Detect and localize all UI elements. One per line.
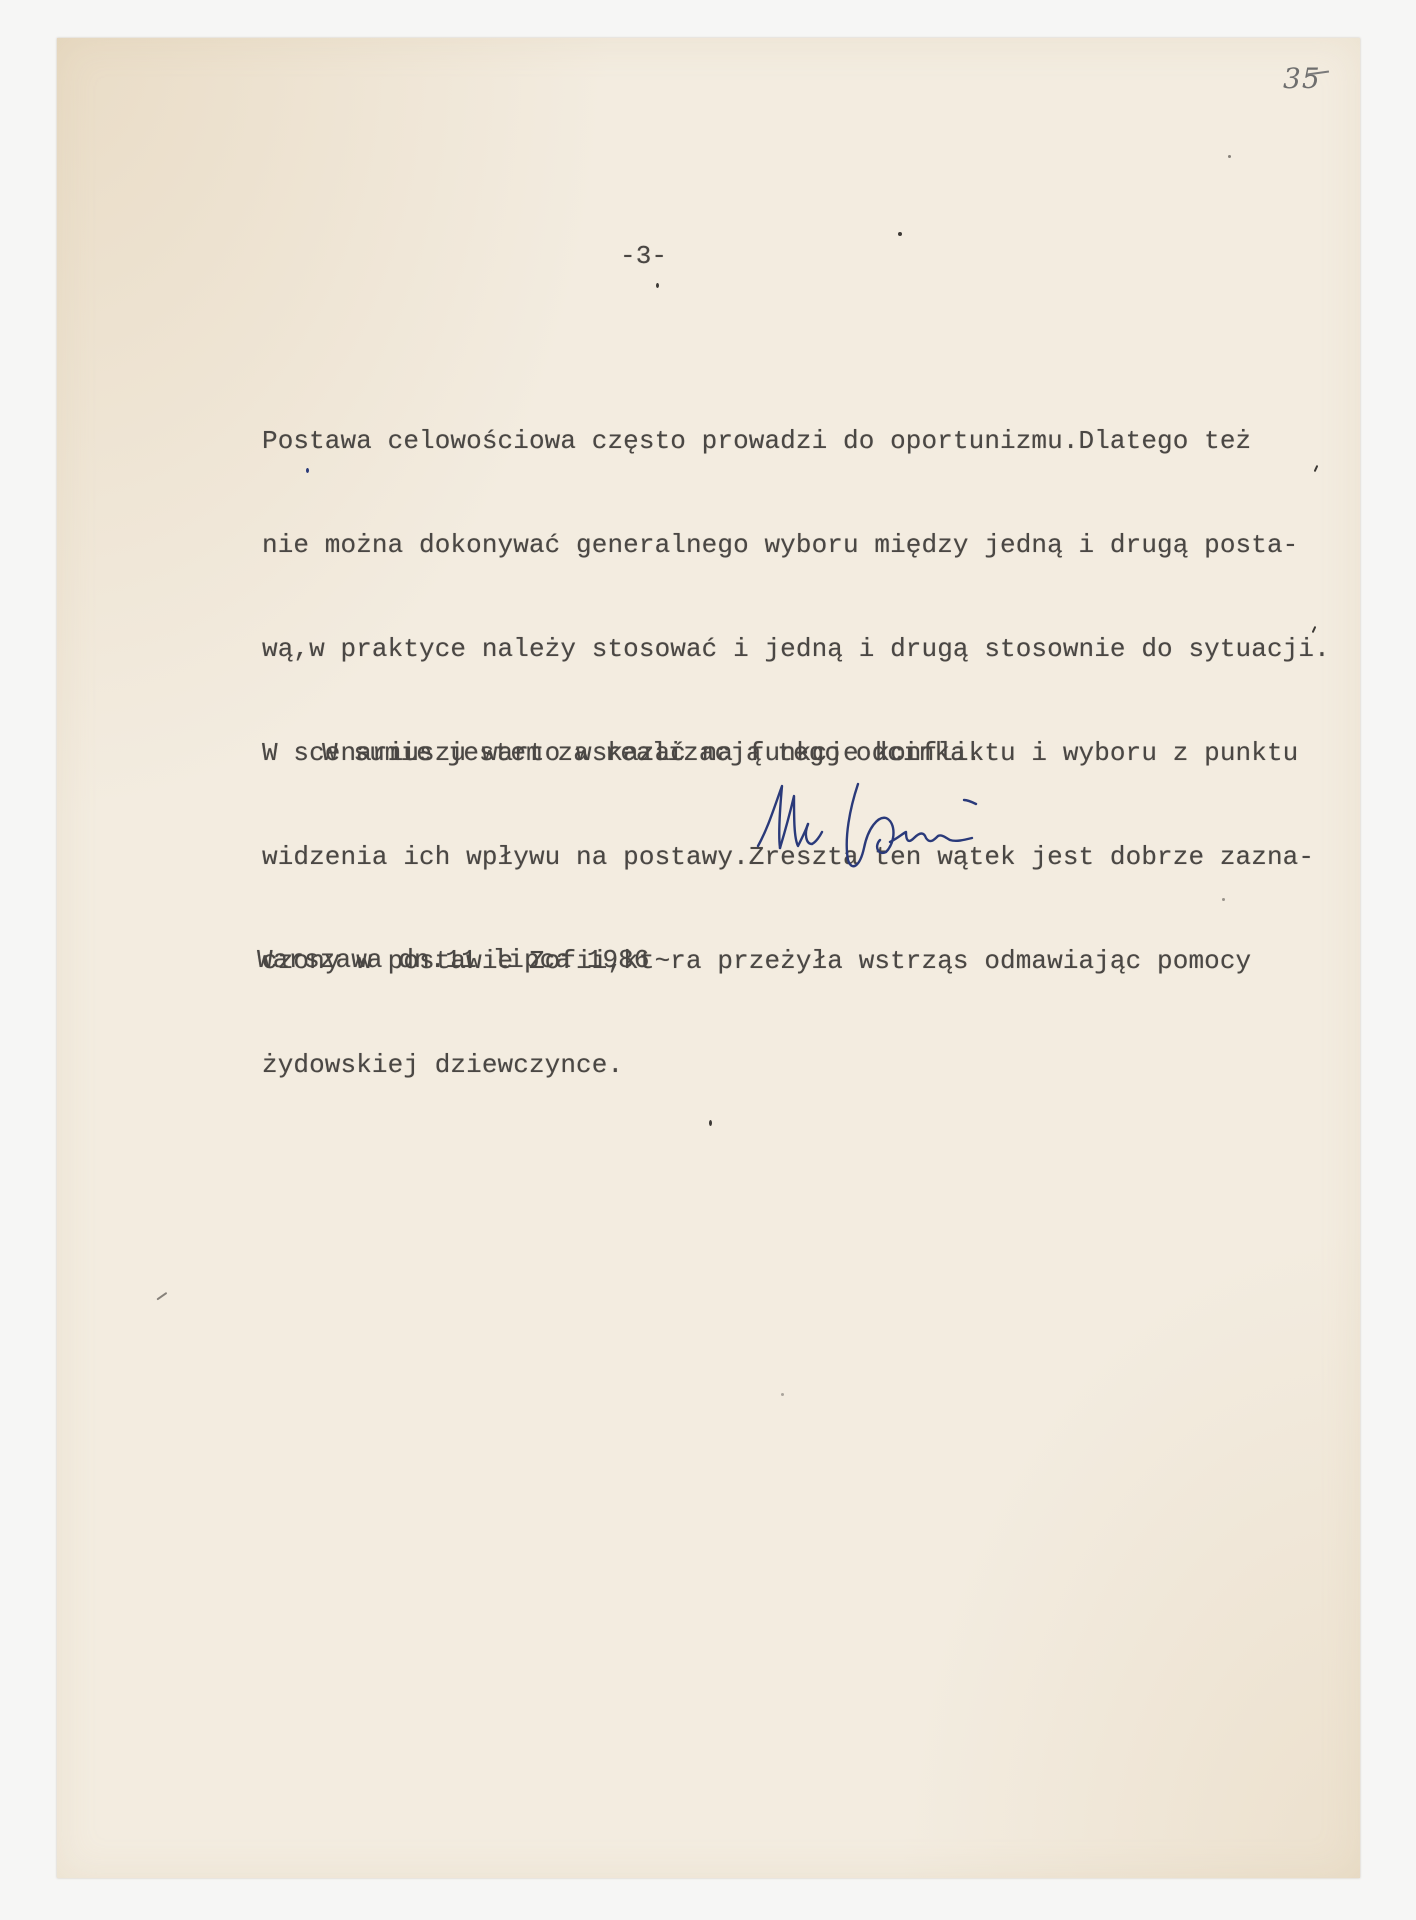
body-line: Postawa celowościowa często prowadzi do …	[262, 428, 1330, 480]
body-line: nie można dokonywać generalnego wyboru m…	[262, 532, 1330, 584]
signature-icon	[750, 778, 1050, 878]
body-line: żydowskiej dziewczynce.	[262, 1052, 1330, 1104]
ink-speck	[656, 283, 659, 288]
page-number: -3-	[620, 243, 667, 269]
ink-speck	[709, 1120, 712, 1126]
body-line: wą,w praktyce należy stosować i jedną i …	[262, 636, 1330, 688]
blue-ink-mark	[306, 468, 309, 473]
ink-speck	[1222, 898, 1225, 901]
closing-statement: W sumie jestem za realizacją tego odcink…	[322, 740, 982, 766]
ink-speck	[898, 232, 902, 236]
ink-speck	[781, 1393, 784, 1396]
ink-speck	[1228, 155, 1231, 158]
archive-page-number: 35	[1283, 62, 1321, 95]
dateline: Warszawa dn.11 lipca 1986	[257, 947, 650, 973]
